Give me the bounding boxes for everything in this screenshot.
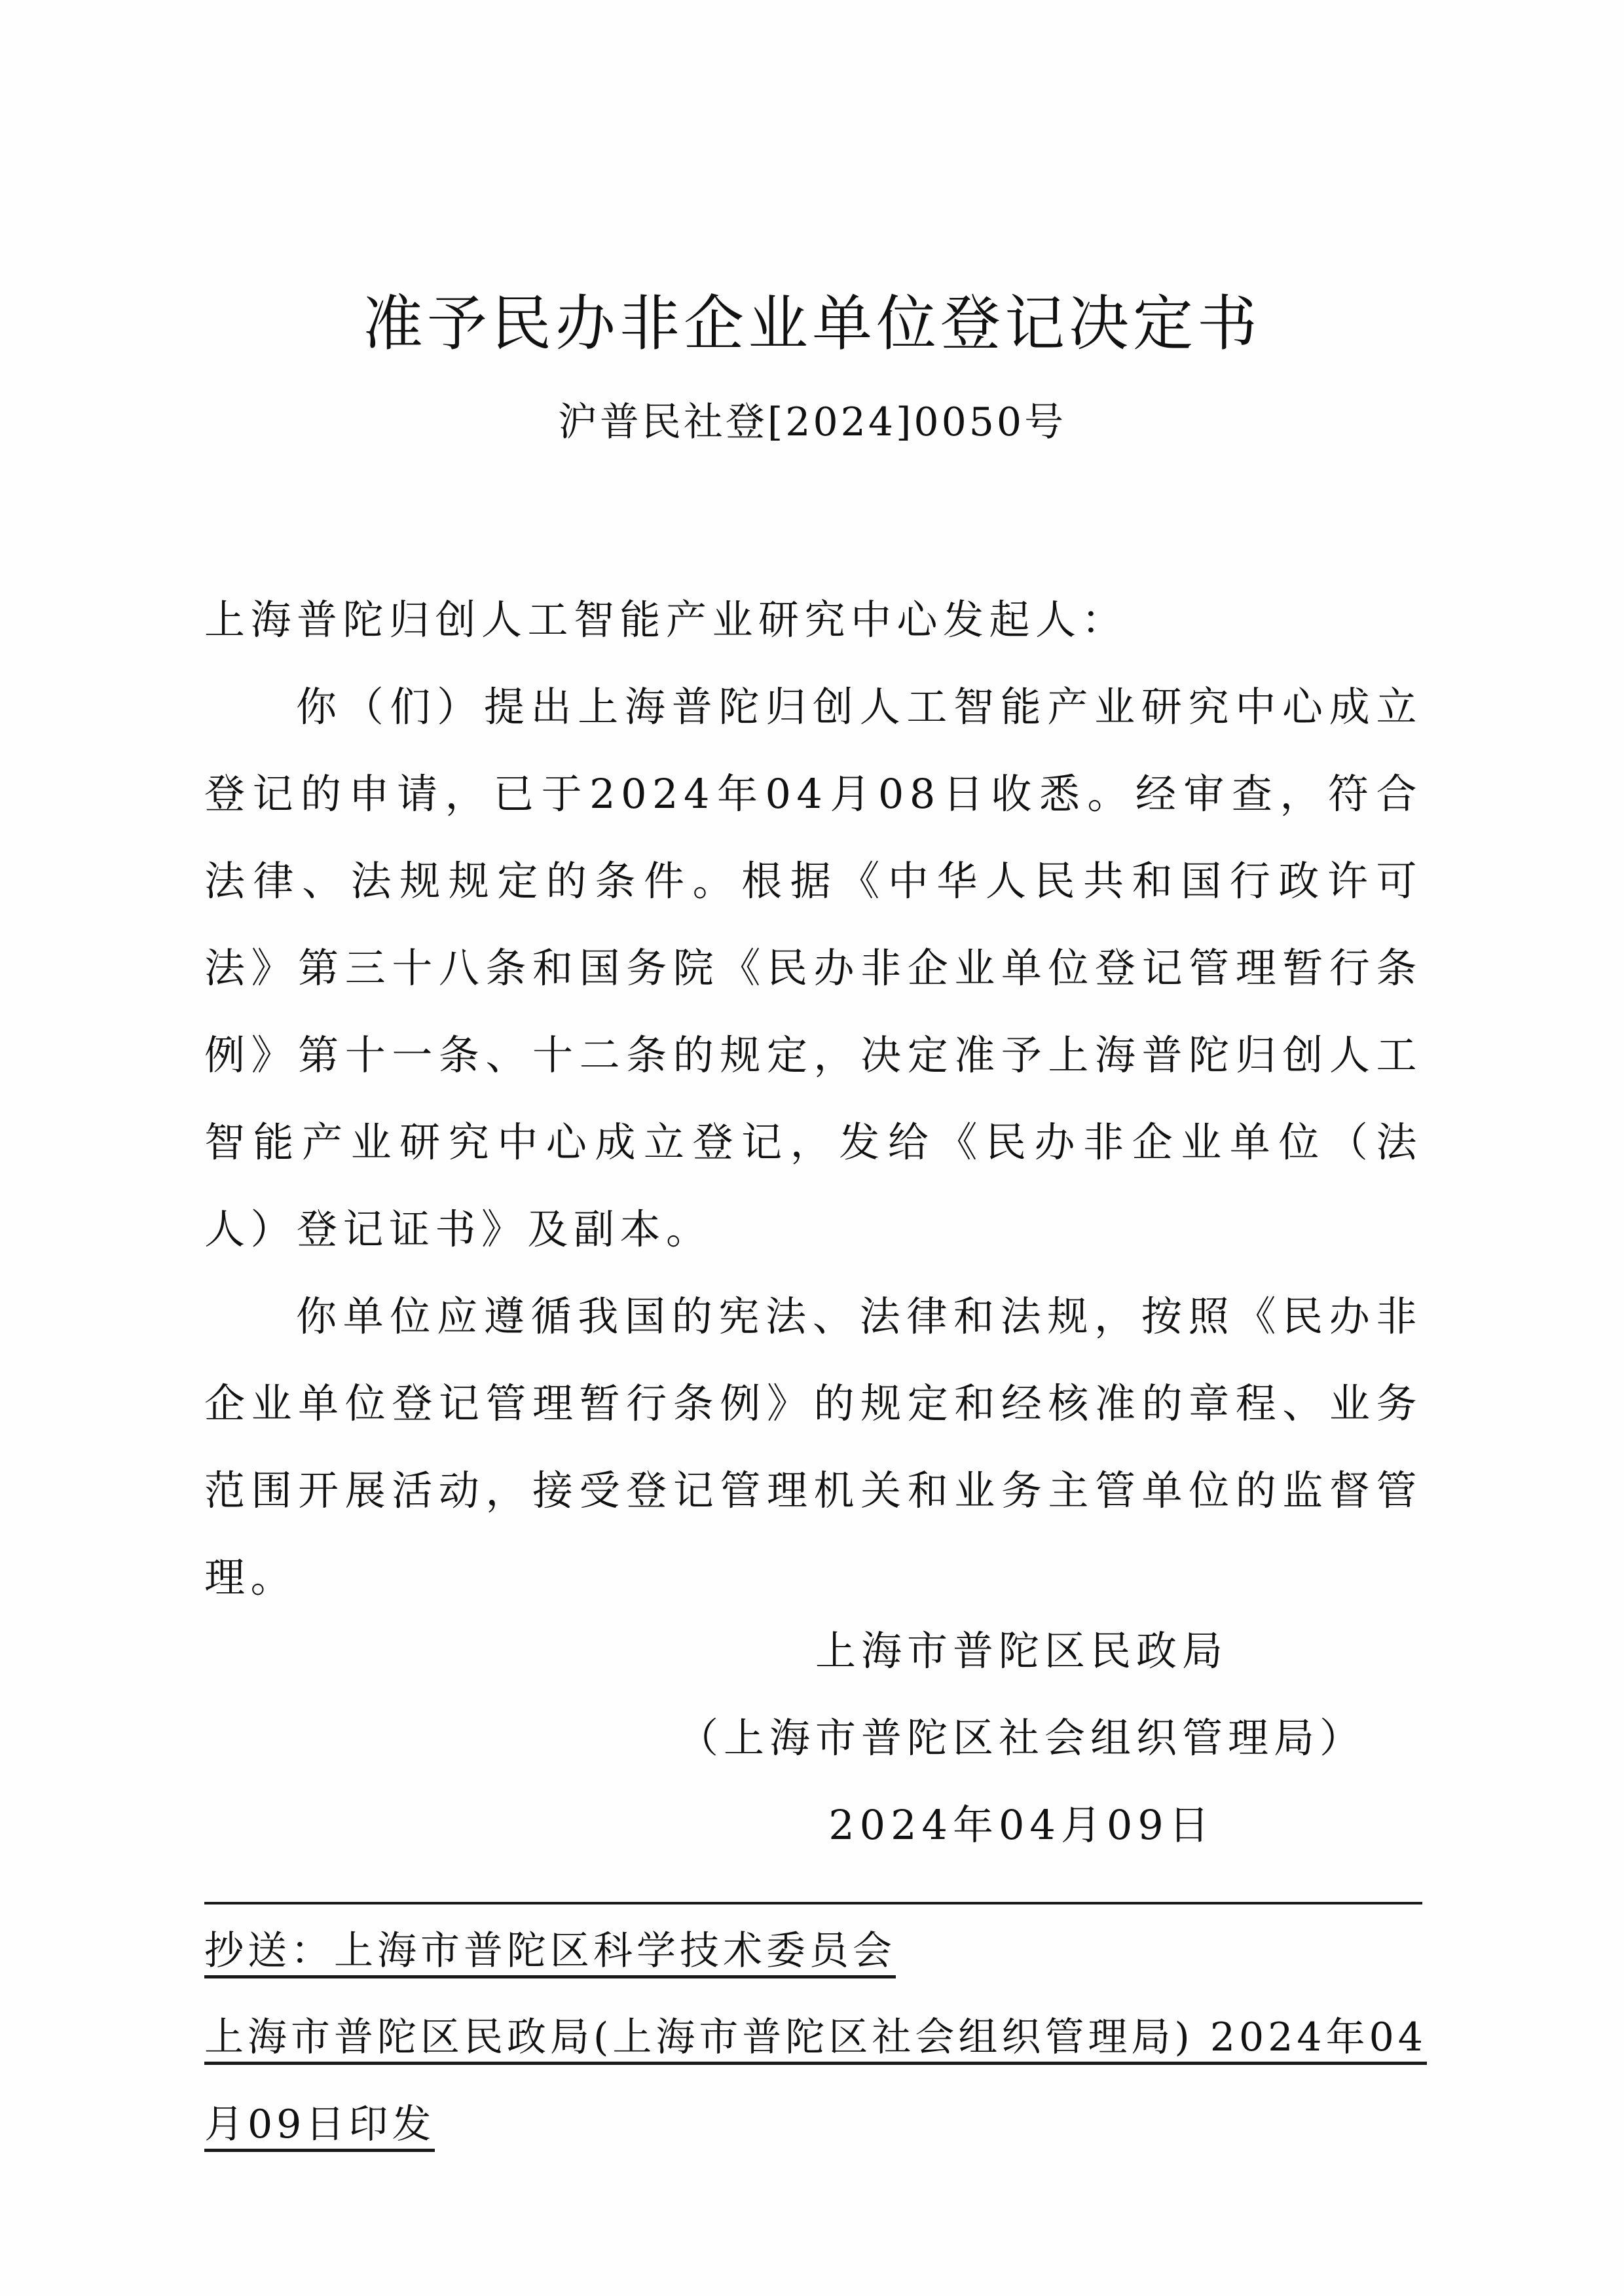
body-paragraph-approval: 你（们）提出上海普陀归创人工智能产业研究中心成立登记的申请，已于2024年04月…: [204, 663, 1422, 1273]
signature-issuer: 上海市普陀区民政局: [655, 1607, 1388, 1694]
footer-cc-line: 抄送：上海市普陀区科学技术委员会: [204, 1918, 896, 1984]
document-page: 准予民办非企业单位登记决定书 沪普民社登[2024]0050号 上海普陀归创人工…: [0, 0, 1624, 2296]
footer-divider: [204, 1902, 1422, 1904]
document-body: 上海普陀归创人工智能产业研究中心发起人： 你（们）提出上海普陀归创人工智能产业研…: [204, 576, 1422, 1621]
signature-date: 2024年04月09日: [655, 1781, 1388, 1868]
signature-issuer-alias: （上海市普陀区社会组织管理局）: [655, 1694, 1388, 1781]
body-paragraph-obligations: 你单位应遵循我国的宪法、法律和法规，按照《民办非企业单位登记管理暂行条例》的规定…: [204, 1273, 1422, 1621]
footer-print-line-2: 月09日印发: [204, 2092, 435, 2157]
document-title: 准予民办非企业单位登记决定书: [0, 282, 1624, 367]
footer-cc-text: 抄送：上海市普陀区科学技术委员会: [204, 1928, 896, 1978]
footer-print-text-2: 月09日印发: [204, 2102, 435, 2152]
footer-print-line-1: 上海市普陀区民政局(上海市普陀区社会组织管理局) 2024年04: [204, 2005, 1427, 2070]
footer-print-text-1: 上海市普陀区民政局(上海市普陀区社会组织管理局) 2024年04: [204, 2014, 1427, 2065]
salutation: 上海普陀归创人工智能产业研究中心发起人：: [204, 576, 1422, 663]
document-number: 沪普民社登[2024]0050号: [0, 393, 1624, 452]
